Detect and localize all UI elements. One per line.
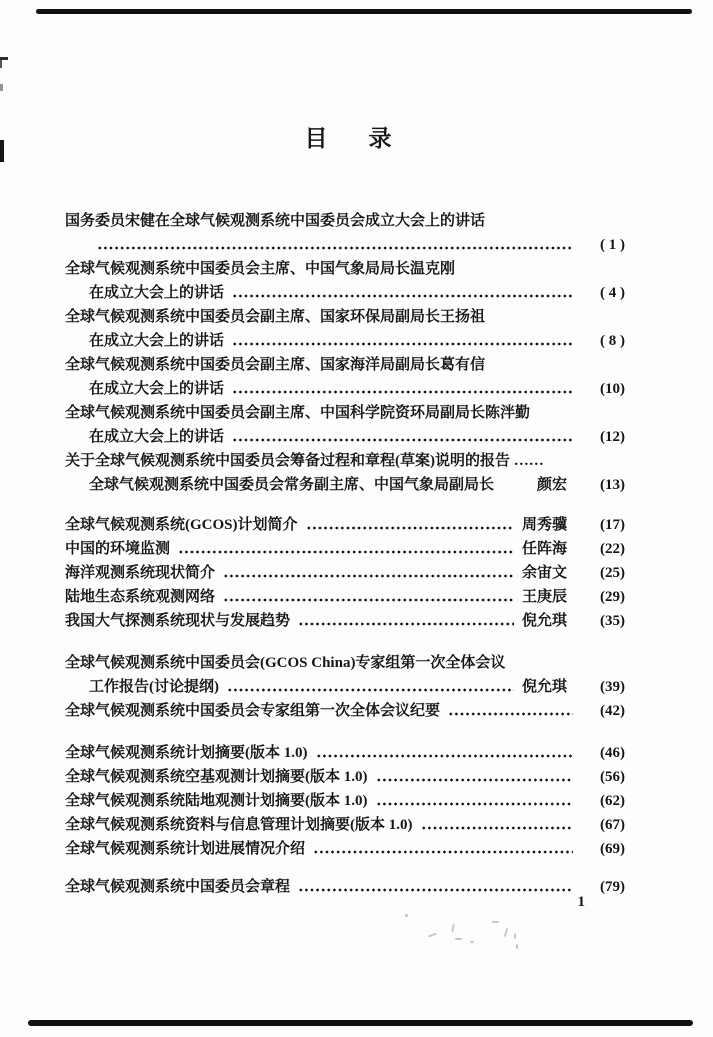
toc-entry-page: (79): [581, 875, 625, 899]
dot-leader: [447, 699, 573, 723]
toc-entry: 在成立大会上的讲话 ( 8 ): [65, 329, 625, 353]
toc-entry: 海洋观测系统现状简介 余宙文 (25): [65, 561, 625, 585]
toc-entry-title: 全球气候观测系统计划摘要(版本 1.0): [65, 741, 308, 765]
toc-entry-page: ( 4 ): [581, 281, 625, 305]
toc-entry-author: 颜宏: [537, 473, 567, 497]
toc-entry-title: 在成立大会上的讲话: [89, 425, 224, 449]
toc-entry: 国务委员宋健在全球气候观测系统中国委员会成立大会上的讲话: [65, 209, 625, 233]
toc-entry: 关于全球气候观测系统中国委员会筹备过程和章程(草案)说明的报告 ……: [65, 449, 625, 473]
toc-entry-page: (25): [581, 561, 625, 585]
toc-entry-title: 中国的环境监测: [65, 537, 170, 561]
toc-entry: 全球气候观测系统中国委员会副主席、国家环保局副局长王扬祖: [65, 305, 625, 329]
scan-mark-left-upper-tail: [0, 60, 2, 68]
page-title-char-2: 录: [369, 120, 393, 153]
toc-entry-page: (62): [581, 789, 625, 813]
toc-entry: 全球气候观测系统中国委员会(GCOS China)专家组第一次全体会议: [65, 651, 625, 675]
toc-entry-title: 全球气候观测系统空基观测计划摘要(版本 1.0): [65, 765, 368, 789]
toc-entry-title: 全球气候观测系统中国委员会专家组第一次全体会议纪要: [65, 699, 440, 723]
toc-entry-title: 全球气候观测系统中国委员会(GCOS China)专家组第一次全体会议: [65, 651, 505, 675]
toc-entry-title: 全球气候观测系统中国委员会主席、中国气象局局长温克刚: [65, 257, 455, 281]
dot-leader: [231, 329, 573, 353]
toc-entry-page: (12): [581, 425, 625, 449]
toc-entry: 在成立大会上的讲话 ( 4 ): [65, 281, 625, 305]
toc-entry-page: (39): [581, 675, 625, 699]
toc-entry-title: 在成立大会上的讲话: [89, 281, 224, 305]
toc-entry-title: 全球气候观测系统资料与信息管理计划摘要(版本 1.0): [65, 813, 413, 837]
toc-entry: 中国的环境监测 任阵海 (22): [65, 537, 625, 561]
toc-entry: 全球气候观测系统中国委员会章程 (79): [65, 875, 625, 899]
toc-entry-author: 倪允琪: [522, 609, 567, 633]
toc-entry: 我国大气探测系统现状与发展趋势 倪允琪 (35): [65, 609, 625, 633]
dot-leader: [222, 585, 514, 609]
toc-entry-page: (29): [581, 585, 625, 609]
scan-edge-bar-top: [36, 9, 692, 14]
toc-entry-title: 全球气候观测系统中国委员会副主席、中国科学院资环局副局长陈泮勤: [65, 401, 530, 425]
toc-entry-title: 全球气候观测系统计划进展情况介绍: [65, 837, 305, 861]
toc-entry-page: (17): [581, 513, 625, 537]
toc-entry-page: (13): [581, 473, 625, 497]
toc-entry-author: 倪允琪: [522, 675, 567, 699]
scan-edge-bar-bottom: [28, 1020, 693, 1026]
toc-entry: 全球气候观测系统空基观测计划摘要(版本 1.0) (56): [65, 765, 625, 789]
toc-entry-page: ( 1 ): [581, 233, 625, 257]
page-title-char-1: 目: [305, 120, 329, 153]
scanned-toc-page: 目 录 国务委员宋健在全球气候观测系统中国委员会成立大会上的讲话 ( 1 ) 全…: [0, 0, 713, 1037]
toc-entry: 全球气候观测系统中国委员会副主席、中国科学院资环局副局长陈泮勤: [65, 401, 625, 425]
toc-entry-title: 全球气候观测系统中国委员会常务副主席、中国气象局副局长: [89, 473, 494, 497]
toc-entry-page: (69): [581, 837, 625, 861]
toc-entry: 全球气候观测系统资料与信息管理计划摘要(版本 1.0) (67): [65, 813, 625, 837]
toc-list: 国务委员宋健在全球气候观测系统中国委员会成立大会上的讲话 ( 1 ) 全球气候观…: [65, 209, 625, 899]
dot-leader: [420, 813, 574, 837]
dot-leader: [177, 537, 514, 561]
dot-leader: [375, 765, 574, 789]
toc-entry-page: (22): [581, 537, 625, 561]
toc-entry-page: ( 8 ): [581, 329, 625, 353]
toc-entry-author: 王庚辰: [522, 585, 567, 609]
toc-entry: ( 1 ): [65, 233, 625, 257]
dot-leader: [222, 561, 514, 585]
toc-entry: 全球气候观测系统中国委员会常务副主席、中国气象局副局长 颜宏 (13): [65, 473, 625, 497]
toc-entry-title: 全球气候观测系统陆地观测计划摘要(版本 1.0): [65, 789, 368, 813]
folio-page-number: 1: [578, 894, 586, 911]
toc-entry-title: 关于全球气候观测系统中国委员会筹备过程和章程(草案)说明的报告 ……: [65, 449, 544, 473]
dot-leader: [297, 875, 573, 899]
toc-entry: 全球气候观测系统中国委员会副主席、国家海洋局副局长葛有信: [65, 353, 625, 377]
toc-entry-page: (56): [581, 765, 625, 789]
toc-entry: 全球气候观测系统计划摘要(版本 1.0) (46): [65, 741, 625, 765]
toc-entry: 全球气候观测系统陆地观测计划摘要(版本 1.0) (62): [65, 789, 625, 813]
toc-entry-title: 国务委员宋健在全球气候观测系统中国委员会成立大会上的讲话: [65, 209, 485, 233]
toc-entry-page: (35): [581, 609, 625, 633]
toc-entry-title: 全球气候观测系统中国委员会章程: [65, 875, 290, 899]
toc-entry-title: 陆地生态系统观测网络: [65, 585, 215, 609]
toc-entry-title: 我国大气探测系统现状与发展趋势: [65, 609, 290, 633]
toc-entry: 工作报告(讨论提纲) 倪允琪 (39): [65, 675, 625, 699]
toc-entry-page: (10): [581, 377, 625, 401]
dot-leader: [375, 789, 574, 813]
toc-entry-title: 在成立大会上的讲话: [89, 377, 224, 401]
toc-entry: 全球气候观测系统中国委员会专家组第一次全体会议纪要 (42): [65, 699, 625, 723]
toc-entry: 全球气候观测系统中国委员会主席、中国气象局局长温克刚: [65, 257, 625, 281]
scan-smudge: [398, 910, 528, 958]
dot-leader: [226, 675, 514, 699]
scan-mark-left-speck: [0, 84, 3, 91]
toc-entry-page: (42): [581, 699, 625, 723]
toc-entry: 在成立大会上的讲话 (10): [65, 377, 625, 401]
toc-entry-title: 全球气候观测系统中国委员会副主席、国家环保局副局长王扬祖: [65, 305, 485, 329]
toc-entry: 全球气候观测系统计划进展情况介绍 (69): [65, 837, 625, 861]
toc-entry: 全球气候观测系统(GCOS)计划简介 周秀骥 (17): [65, 513, 625, 537]
dot-leader: [231, 281, 573, 305]
toc-entry: 在成立大会上的讲话 (12): [65, 425, 625, 449]
toc-entry-author: 余宙文: [522, 561, 567, 585]
dot-leader: [312, 837, 573, 861]
dot-leader: [305, 513, 514, 537]
toc-entry-title: 全球气候观测系统中国委员会副主席、国家海洋局副局长葛有信: [65, 353, 485, 377]
toc-entry-title: 工作报告(讨论提纲): [89, 675, 219, 699]
toc-entry: 陆地生态系统观测网络 王庚辰 (29): [65, 585, 625, 609]
toc-entry-author: 任阵海: [522, 537, 567, 561]
toc-entry-title: 海洋观测系统现状简介: [65, 561, 215, 585]
toc-entry-title: 在成立大会上的讲话: [89, 329, 224, 353]
toc-entry-title: 全球气候观测系统(GCOS)计划简介: [65, 513, 298, 537]
page-title: 目 录: [0, 120, 705, 153]
toc-entry-page: (46): [581, 741, 625, 765]
dot-leader: [96, 233, 573, 257]
toc-entry-page: (67): [581, 813, 625, 837]
dot-leader: [315, 741, 574, 765]
dot-leader: [231, 377, 573, 401]
dot-leader: [231, 425, 573, 449]
dot-leader: [297, 609, 514, 633]
toc-entry-author: 周秀骥: [522, 513, 567, 537]
